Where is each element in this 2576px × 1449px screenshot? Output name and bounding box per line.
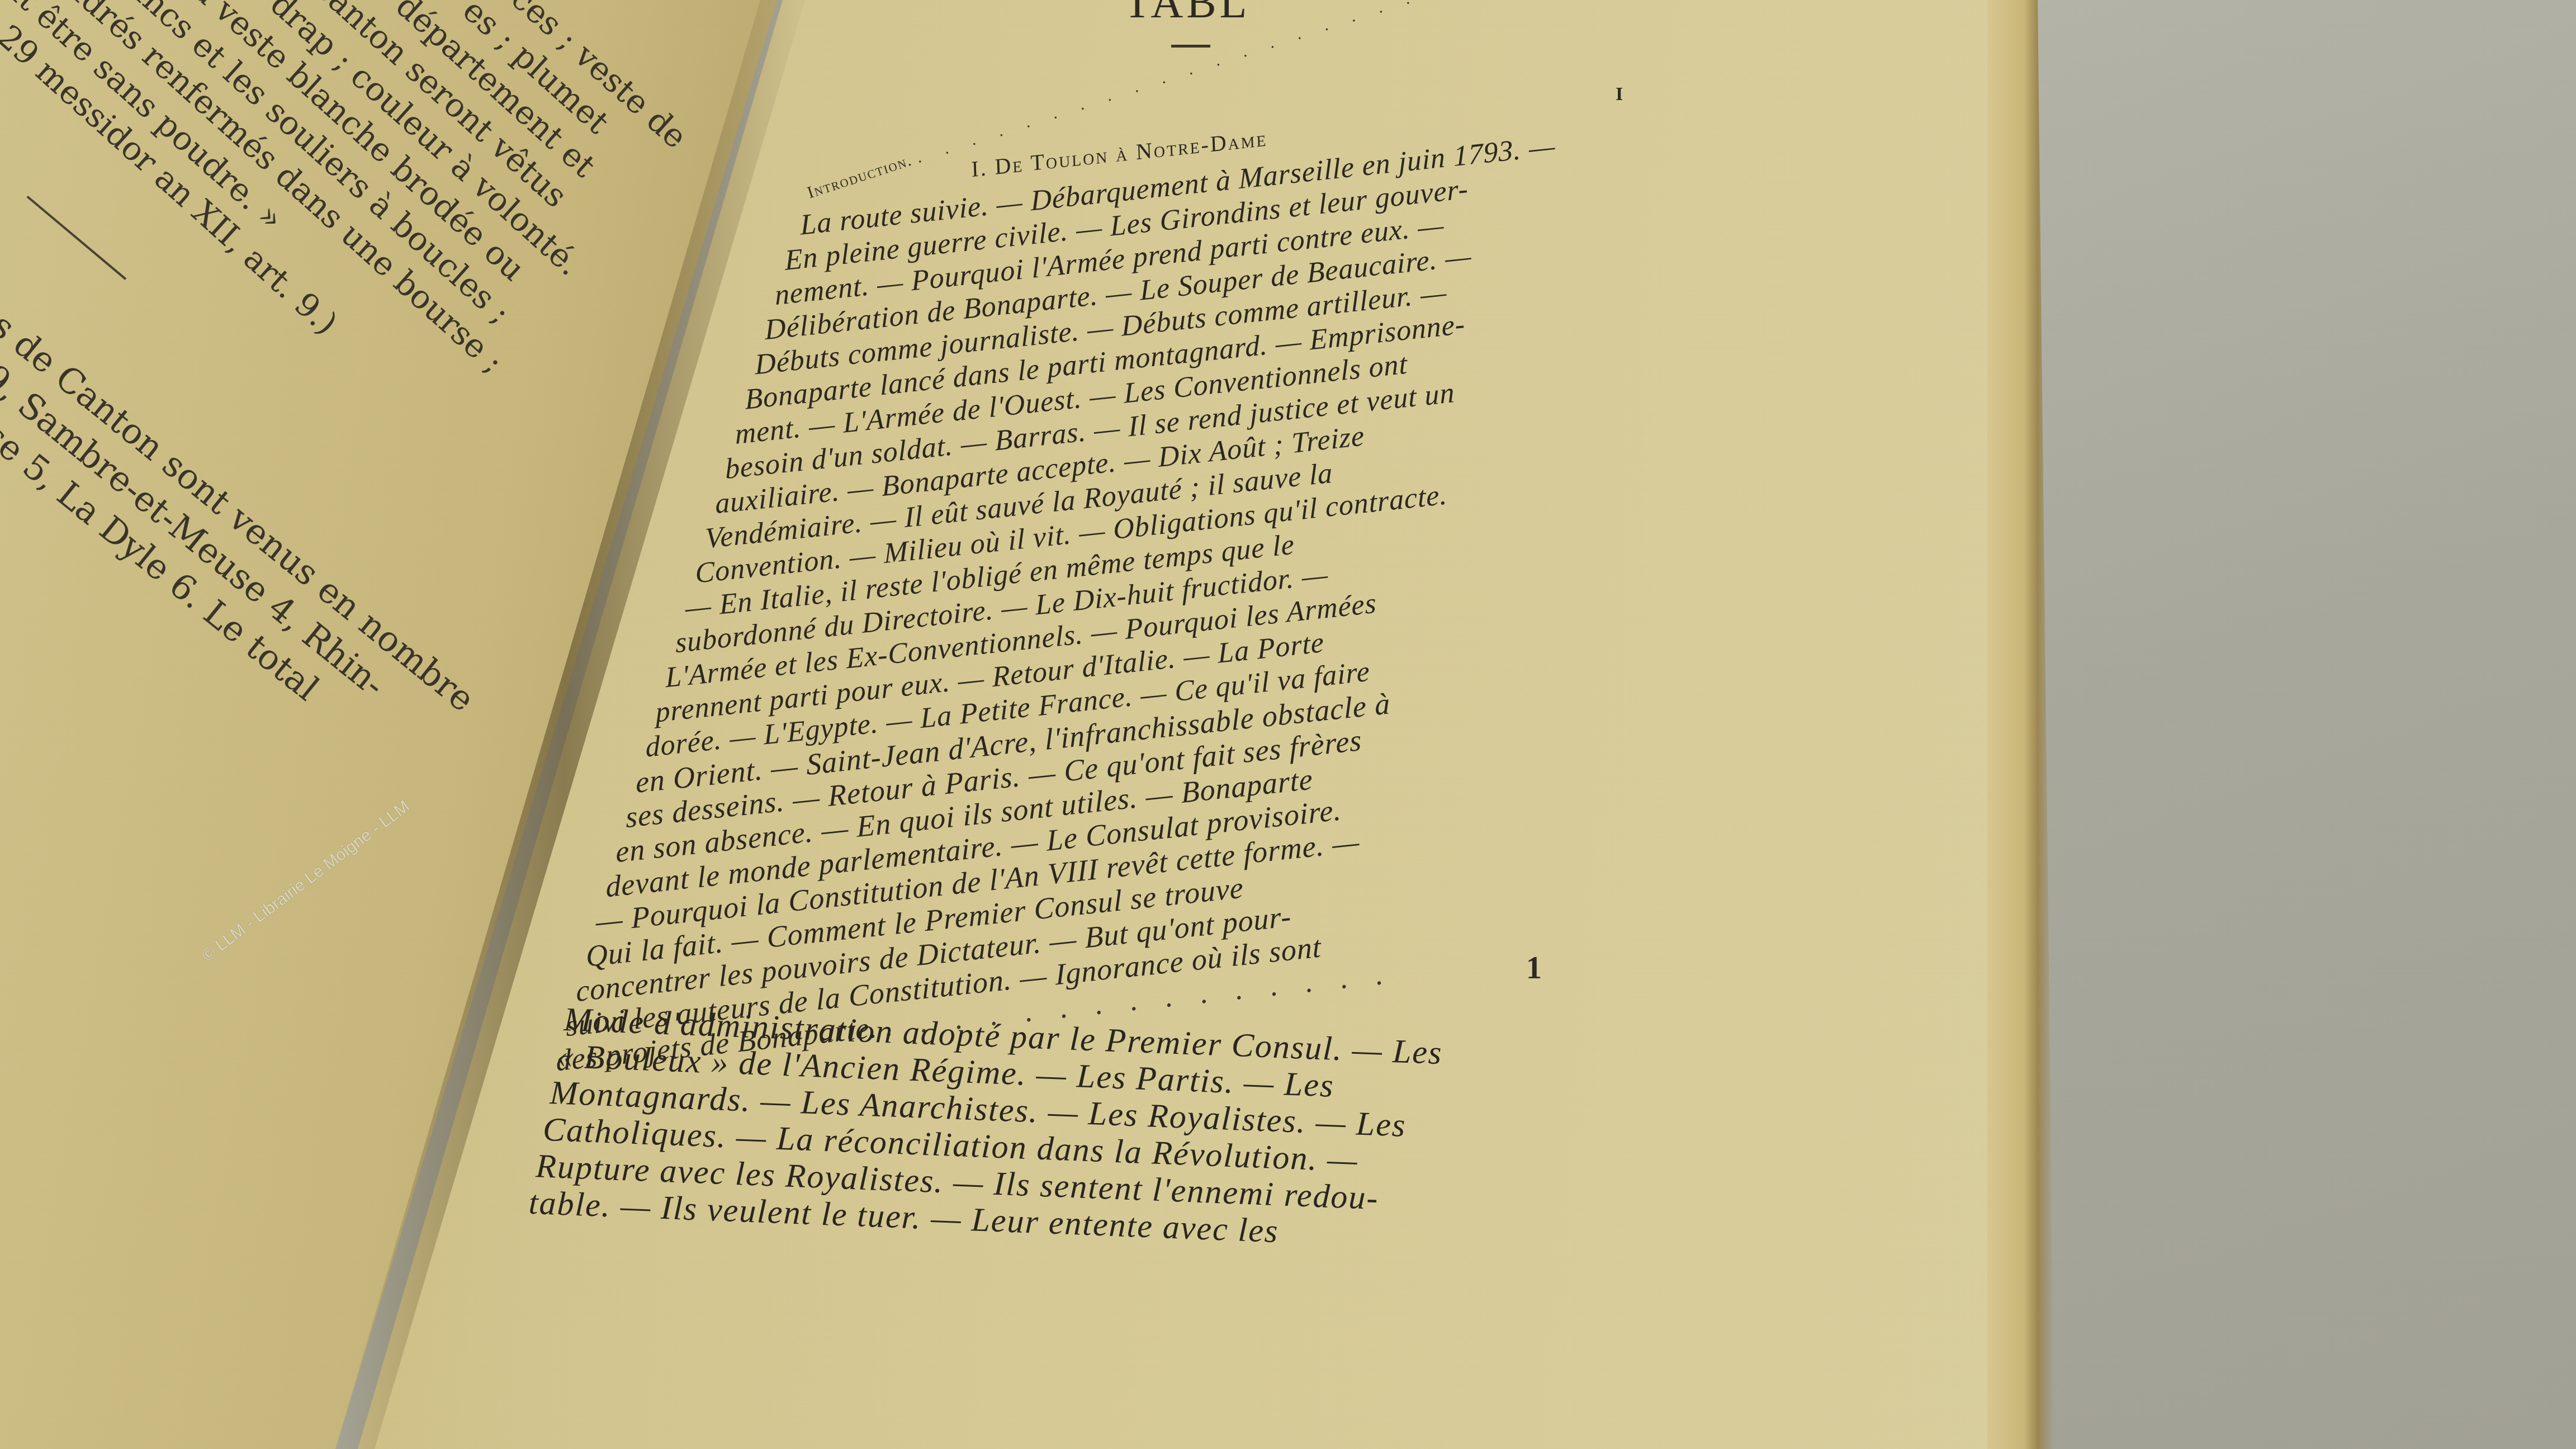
title-rule [1171,45,1210,48]
chapter-2-entry: Mode d'administration adopté par le Prem… [556,1001,1443,1256]
page-title: TABL [1124,0,1250,29]
chapter-1-entry: I. De Toulon à Notre-Dame La route suivi… [615,91,1591,1068]
chapter-1-page-number: 1 [1526,950,1542,986]
table-surface [1990,0,2576,1449]
introduction-page-number: I [1616,84,1623,105]
